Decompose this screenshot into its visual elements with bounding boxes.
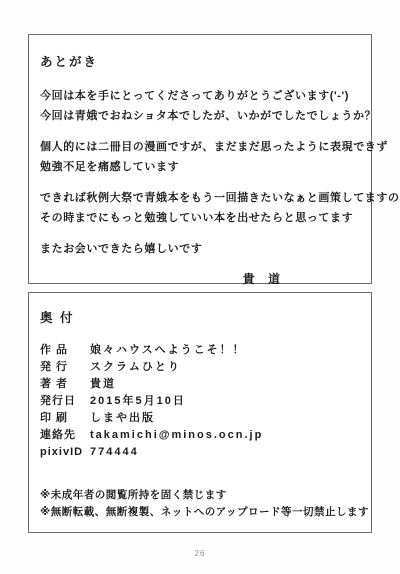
colophon-row-pixiv-id: pixivID 774444: [40, 444, 359, 461]
scanned-page: あとがき 今回は本を手にとってくださってありがとうございます('-') 今回は青…: [0, 0, 400, 574]
colophon-title: 奥 付: [40, 308, 359, 326]
colophon-label: 印 刷: [40, 410, 90, 427]
publish-date: 2015年5月10日: [90, 393, 186, 410]
colophon-label: 発行日: [40, 393, 90, 410]
notice-no-reproduction: ※無断転載、無断複製、ネットへのアップロード等一切禁止します: [40, 504, 359, 521]
colophon-label: 連絡先: [40, 427, 90, 444]
author-signature: 貴 道: [40, 270, 357, 287]
afterword-title: あとがき: [40, 52, 357, 70]
colophon-row-contact: 連絡先 takamichi@minos.ocn.jp: [40, 427, 359, 444]
author-name: 貴道: [90, 376, 116, 393]
colophon-row-publisher: 発 行 スクラムひとり: [40, 359, 359, 376]
colophon-row-work: 作 品 娘々ハウスへようこそ！！: [40, 342, 359, 359]
afterword-paragraph: できれば秋例大祭で青娥本をもう一回描きたいなぁと画策してますので その時までにも…: [40, 188, 357, 228]
contact-email: takamichi@minos.ocn.jp: [90, 427, 263, 444]
publisher-name: スクラムひとり: [90, 359, 181, 376]
page-number: 26: [0, 549, 400, 558]
afterword-line: 今回は本を手にとってくださってありがとうございます('-'): [40, 86, 357, 106]
work-title: 娘々ハウスへようこそ！！: [90, 342, 246, 359]
printer-name: しまや出版: [90, 410, 155, 427]
afterword-line: またお会いできたら嬉しいです: [40, 239, 357, 259]
colophon-label: pixivID: [40, 444, 90, 461]
colophon-row-publish-date: 発行日 2015年5月10日: [40, 393, 359, 410]
colophon-row-printer: 印 刷 しまや出版: [40, 410, 359, 427]
afterword-line: その時までにもっと勉強していい本を出せたらと思ってます: [40, 208, 357, 228]
colophon-section: 奥 付 作 品 娘々ハウスへようこそ！！ 発 行 スクラムひとり 著 者 貴道 …: [28, 292, 372, 533]
afterword-line: 今回は青娥でおねショタ本でしたが、いかがでしたでしょうか？: [40, 106, 357, 126]
afterword-paragraph: またお会いできたら嬉しいです: [40, 239, 357, 259]
legal-notices: ※未成年者の閲覧所持を固く禁じます ※無断転載、無断複製、ネットへのアップロード…: [40, 487, 359, 521]
colophon-label: 著 者: [40, 376, 90, 393]
afterword-section: あとがき 今回は本を手にとってくださってありがとうございます('-') 今回は青…: [28, 34, 372, 284]
afterword-line: 勉強不足を痛感しています: [40, 157, 357, 177]
afterword-line: できれば秋例大祭で青娥本をもう一回描きたいなぁと画策してますので: [40, 188, 357, 208]
pixiv-id: 774444: [90, 444, 139, 461]
colophon-label: 作 品: [40, 342, 90, 359]
afterword-paragraph: 個人的には二冊目の漫画ですが、まだまだ思ったように表現できず 勉強不足を痛感して…: [40, 137, 357, 177]
colophon-row-author: 著 者 貴道: [40, 376, 359, 393]
colophon-label: 発 行: [40, 359, 90, 376]
afterword-line: 個人的には二冊目の漫画ですが、まだまだ思ったように表現できず: [40, 137, 357, 157]
afterword-paragraph: 今回は本を手にとってくださってありがとうございます('-') 今回は青娥でおねシ…: [40, 86, 357, 126]
notice-minors: ※未成年者の閲覧所持を固く禁じます: [40, 487, 359, 504]
